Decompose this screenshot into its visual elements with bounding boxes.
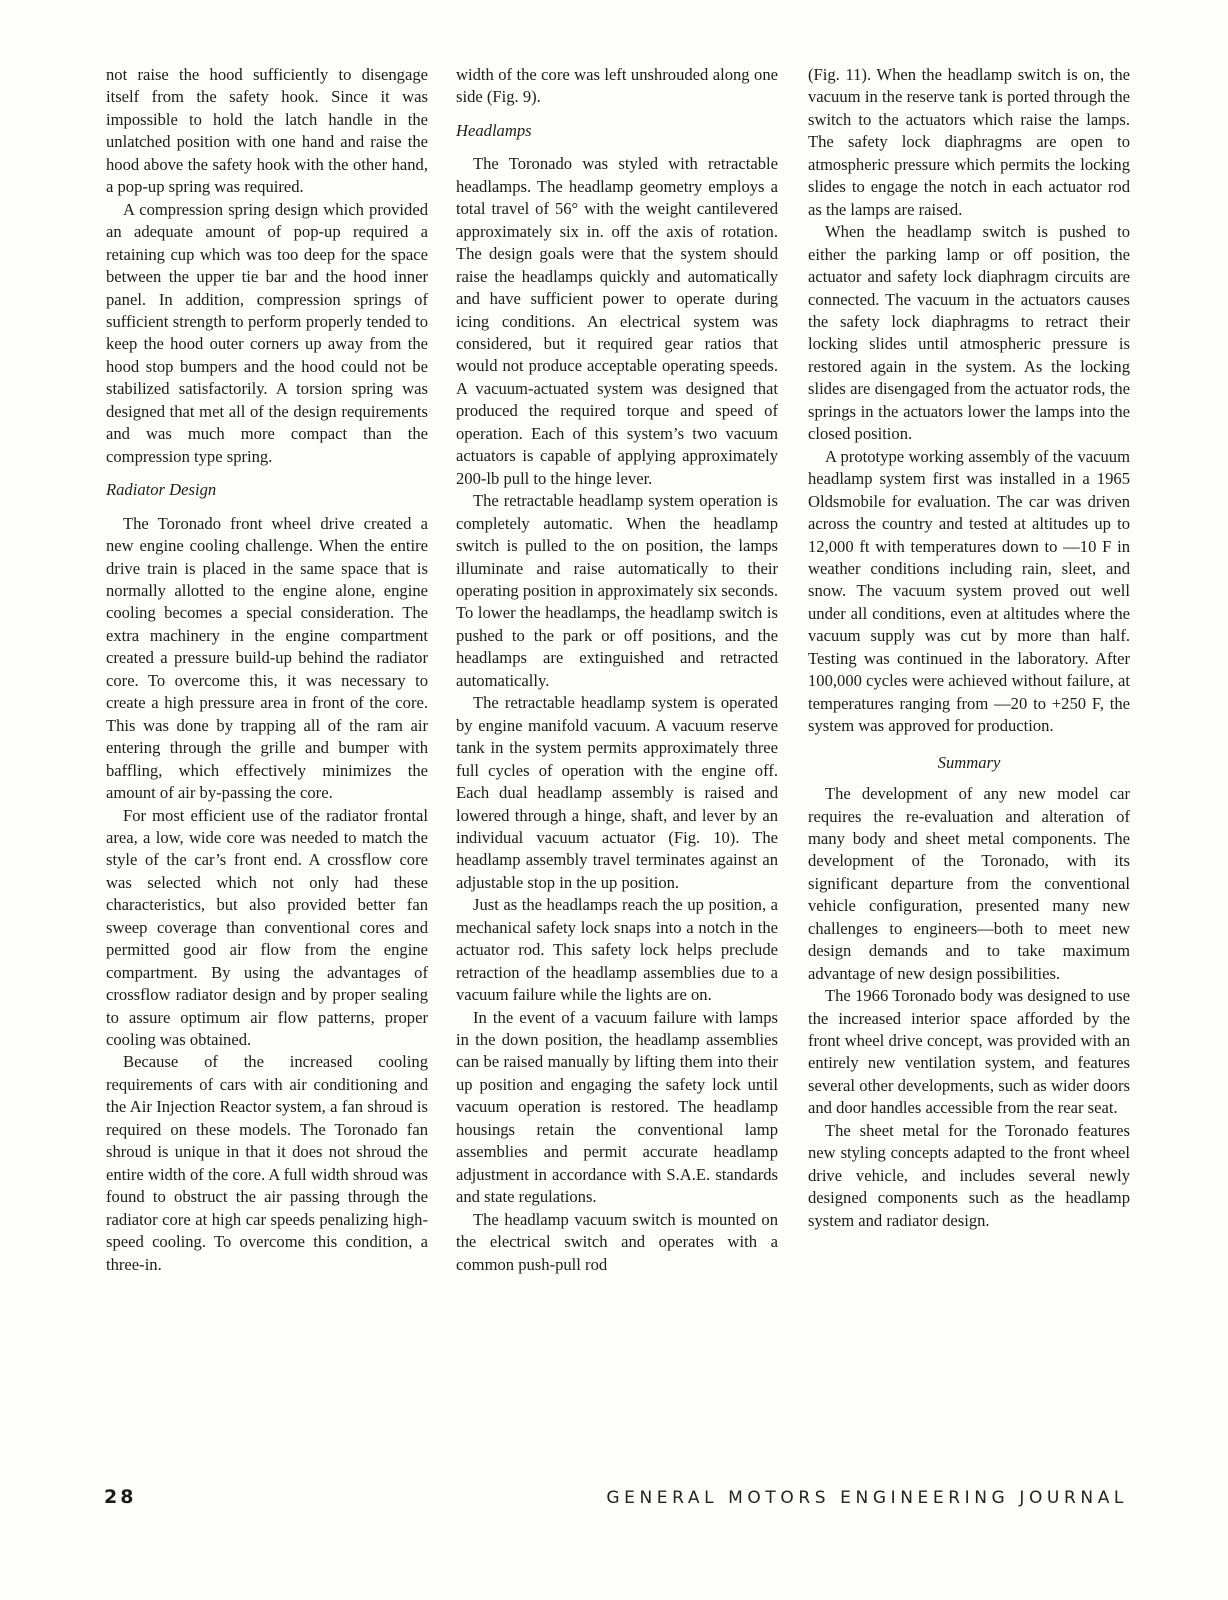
paragraph: width of the core was left unshrouded al… [456, 64, 778, 109]
paragraph: In the event of a vacuum failure with la… [456, 1007, 778, 1209]
page-number: 28 [104, 1486, 136, 1508]
paragraph: not raise the hood sufficiently to disen… [106, 64, 428, 199]
text-column-3: (Fig. 11). When the headlamp switch is o… [808, 64, 1130, 1232]
paragraph: The sheet metal for the Toronado feature… [808, 1120, 1130, 1232]
section-heading: Summary [808, 752, 1130, 774]
section-heading: Radiator Design [106, 479, 428, 501]
paragraph: A compression spring design which provid… [106, 199, 428, 468]
text-column-1: not raise the hood sufficiently to disen… [106, 64, 428, 1276]
paragraph: The development of any new model car req… [808, 783, 1130, 985]
paragraph: When the headlamp switch is pushed to ei… [808, 221, 1130, 446]
paragraph: The 1966 Toronado body was designed to u… [808, 985, 1130, 1120]
paragraph: Because of the increased cooling require… [106, 1051, 428, 1276]
text-column-2: width of the core was left unshrouded al… [456, 64, 778, 1276]
paragraph: The retractable headlamp system operatio… [456, 490, 778, 692]
journal-title: GENERAL MOTORS ENGINEERING JOURNAL [606, 1488, 1128, 1508]
paragraph: The Toronado was styled with retractable… [456, 153, 778, 490]
paragraph: The retractable headlamp system is opera… [456, 692, 778, 894]
paragraph: For most efficient use of the radiator f… [106, 805, 428, 1052]
paragraph: The Toronado front wheel drive created a… [106, 513, 428, 805]
paragraph: Just as the headlamps reach the up posit… [456, 894, 778, 1006]
paragraph: The headlamp vacuum switch is mounted on… [456, 1209, 778, 1276]
page-footer: 28 GENERAL MOTORS ENGINEERING JOURNAL [104, 1486, 1128, 1512]
section-heading: Headlamps [456, 120, 778, 142]
paragraph: (Fig. 11). When the headlamp switch is o… [808, 64, 1130, 221]
paragraph: A prototype working assembly of the vacu… [808, 446, 1130, 738]
